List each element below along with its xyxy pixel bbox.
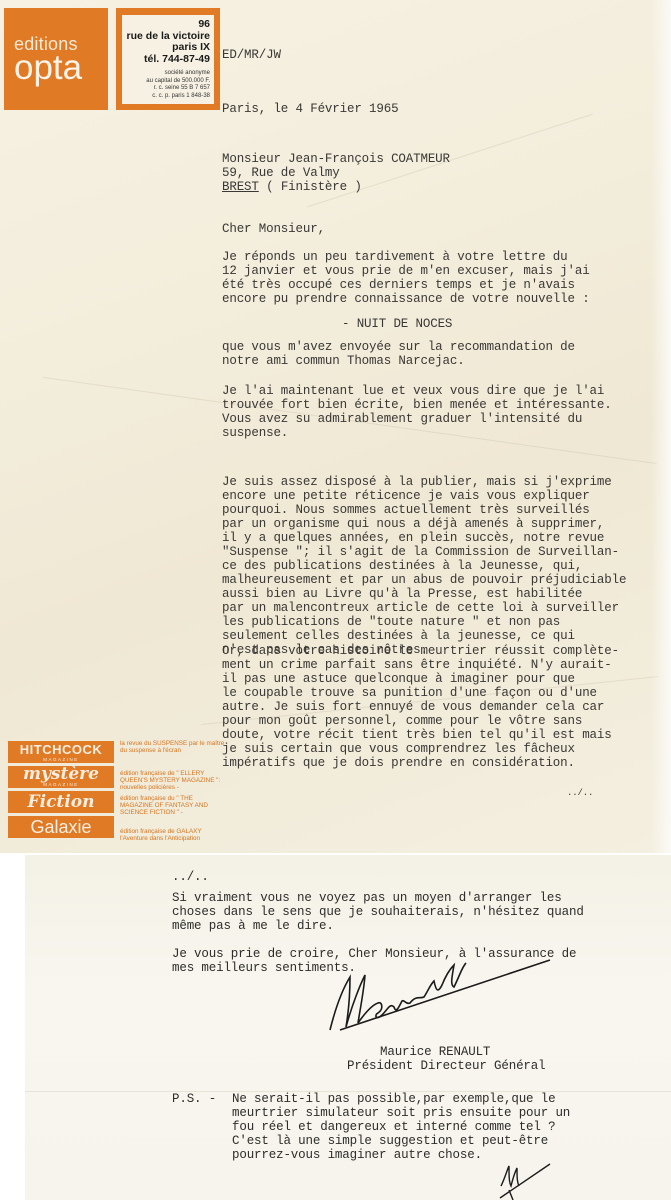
body-line: le coupable trouve sa punition d'une faç… — [222, 686, 597, 700]
signature-icon — [320, 955, 560, 1035]
body-line: Vous avez su admirablement graduer l'int… — [222, 412, 582, 426]
ps-label: P.S. - — [172, 1092, 216, 1106]
body-line: trouvée fort bien écrite, bien menée et … — [222, 398, 612, 412]
address-line: 96 — [122, 19, 210, 31]
brand-fiction: Fiction — [8, 791, 114, 813]
body-line: "Suspense "; il s'agit de la Commission … — [222, 545, 619, 559]
recipient-name: Monsieur Jean-François COATMEUR — [222, 152, 450, 166]
brand-desc-hitchcock: la revue du SUSPENSE par le maître du su… — [120, 740, 226, 754]
continuation-mark-page-2: ../.. — [172, 870, 209, 884]
recipient-region: ( Finistère ) — [259, 180, 362, 194]
body-line: impératifs que je dois prendre en consid… — [222, 756, 575, 770]
body-line: Je l'ai maintenant lue et veux vous dire… — [222, 384, 604, 398]
publisher-address-block: 96 rue de la victoire paris IX tél. 744-… — [116, 8, 220, 110]
body-line: ce des publications destinées à la Jeune… — [222, 559, 582, 573]
letter-page-1: editions opta 96 rue de la victoire pari… — [0, 0, 671, 853]
company-line: r. c. seine 55 B 7 657 — [122, 85, 210, 93]
body-line: malheureusement et par un abus de pouvoi… — [222, 573, 626, 587]
body-line: par un organisme qui nous a déjà amenés … — [222, 517, 604, 531]
recipient-street: 59, Rue de Valmy — [222, 166, 340, 180]
brand-hitchcock: HITCHCOCK MAGAZINE — [8, 741, 114, 763]
body-line: même pas à me le dire. — [172, 919, 334, 933]
ps-line: Ne serait-il pas possible,par exemple,qu… — [232, 1092, 555, 1106]
brand-desc-fiction: édition française du " THE MAGAZINE OF F… — [120, 795, 226, 816]
ps-line: meurtrier simulateur soit pris ensuite p… — [232, 1106, 570, 1120]
initials-icon — [495, 1160, 555, 1200]
body-line: je suis certain que vous comprendrez les… — [222, 742, 575, 756]
body-line: 12 janvier et vous prie de m'en excuser,… — [222, 264, 590, 278]
recipient-city-line: BREST ( Finistère ) — [222, 180, 362, 194]
body-line: été très occupé ces derniers temps et je… — [222, 278, 575, 292]
brand-desc-galaxie: édition française de GALAXY l'Aventure d… — [120, 828, 226, 842]
ps-line: pourrez-vous imaginer autre chose. — [232, 1148, 482, 1162]
ps-line: C'est là une simple suggestion et peut-ê… — [232, 1134, 548, 1148]
company-line: c. c. p. paris 1 848-38 — [122, 93, 210, 101]
logo-opta-text: opta — [14, 50, 82, 86]
paper-edge — [651, 0, 671, 853]
continuation-mark: ../.. — [567, 786, 593, 800]
body-line: il y a quelques années, en plein succès,… — [222, 531, 604, 545]
brand-mystere: mystère MAGAZINE — [8, 766, 114, 788]
brand-desc-mystere: édition française de " ELLERY QUEEN'S MY… — [120, 770, 226, 791]
body-line: pour mon goût personnel, comme pour le v… — [222, 714, 582, 728]
body-line: suspense. — [222, 426, 288, 440]
signatory-title: Président Directeur Général — [347, 1059, 545, 1073]
body-line: choses dans le sens que je souhaiterais,… — [172, 905, 584, 919]
recipient-city: BREST — [222, 180, 259, 194]
body-line: encore pu prendre connaissance de votre … — [222, 292, 590, 306]
publisher-logo: editions opta — [4, 8, 108, 110]
body-line: Si vraiment vous ne voyez pas un moyen d… — [172, 891, 562, 905]
body-line: ment un crime parfait sans être inquiété… — [222, 658, 612, 672]
body-line: pourquoi. Nous sommes actuellement très … — [222, 503, 590, 517]
reference-code: ED/MR/JW — [222, 48, 281, 62]
body-line: les publications de "toute nature " et n… — [222, 615, 560, 629]
body-line: Je réponds un peu tardivement à votre le… — [222, 250, 568, 264]
body-line: notre ami commun Thomas Narcejac. — [222, 354, 465, 368]
body-line: Or, dans votre histoire le meurtrier réu… — [222, 644, 619, 658]
magazine-brands: HITCHCOCK MAGAZINE mystère MAGAZINE Fict… — [8, 741, 114, 841]
ps-line: fou réel et dangereux et interné comme t… — [232, 1120, 555, 1134]
body-line: doute, votre récit tient très bien tel q… — [222, 728, 612, 742]
body-line: que vous m'avez envoyée sur la recommand… — [222, 340, 575, 354]
body-line: il pas une astuce quelconque à imaginer … — [222, 672, 575, 686]
brand-galaxie: Galaxie — [8, 816, 114, 838]
body-line: autre. Je suis fort ennuyé de vous deman… — [222, 700, 604, 714]
salutation: Cher Monsieur, — [222, 222, 325, 236]
story-title: - NUIT DE NOCES — [342, 317, 452, 331]
date-line: Paris, le 4 Février 1965 — [222, 102, 398, 116]
address-line: tél. 744-87-49 — [122, 54, 210, 66]
body-line: Je suis assez disposé à la publier, mais… — [222, 475, 612, 489]
signatory-name: Maurice RENAULT — [380, 1045, 490, 1059]
address-line: paris IX — [122, 42, 210, 54]
company-line: au capital de 500.000 F. — [122, 78, 210, 86]
body-line: encore une petite réticence je vais vous… — [222, 489, 590, 503]
body-line: par un malencontreux article de cette lo… — [222, 601, 619, 615]
body-line: aussi bien au Livre qu'à la Presse, est … — [222, 587, 582, 601]
body-line: seulement celles destinées à la jeunesse… — [222, 629, 575, 643]
company-line: société anonyme — [122, 70, 210, 78]
